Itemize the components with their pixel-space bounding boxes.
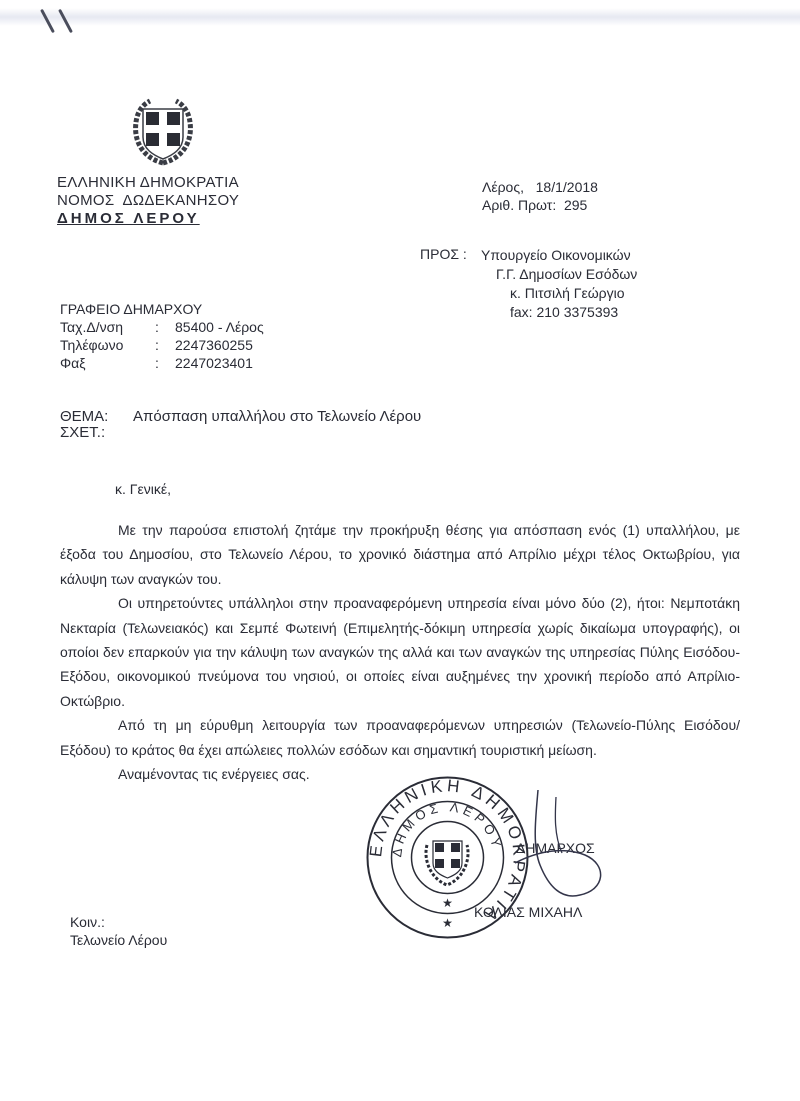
letterhead-municipality: ΔΗΜΟΣ ΛΕΡΟΥ xyxy=(57,210,239,228)
letterhead-country: ΕΛΛΗΝΙΚΗ ΔΗΜΟΚΡΑΤΙΑ xyxy=(57,174,239,192)
cc-block: Κοιν.: Τελωνείο Λέρου xyxy=(70,913,167,949)
subject-block: ΘΕΜΑ: Απόσπαση υπαλλήλου στο Τελωνείο Λέ… xyxy=(60,409,421,441)
letterhead-prefecture: ΝΟΜΟΣ ΔΩΔΕΚΑΝΗΣΟΥ xyxy=(57,192,239,210)
office-row-label: Φαξ xyxy=(60,354,155,372)
body-paragraph: Οι υπηρετούντες υπάλληλοι στην προαναφερ… xyxy=(60,591,740,713)
subject-value: Απόσπαση υπαλλήλου στο Τελωνείο Λέρου xyxy=(133,409,421,425)
letterhead: ΕΛΛΗΝΙΚΗ ΔΗΜΟΚΡΑΤΙΑ ΝΟΜΟΣ ΔΩΔΕΚΑΝΗΣΟΥ ΔΗ… xyxy=(57,174,239,228)
office-row-label: Ταχ.Δ/νση xyxy=(60,318,155,336)
protocol-number: Αριθ. Πρωτ: 295 xyxy=(482,196,598,214)
office-row-label: Τηλέφωνο xyxy=(60,336,155,354)
office-row: Φαξ : 2247023401 xyxy=(60,354,264,372)
colon: : xyxy=(155,336,175,354)
body-paragraph: Με την παρούσα επιστολή ζητάμε την προκή… xyxy=(60,518,740,591)
cc-recipient: Τελωνείο Λέρου xyxy=(70,931,167,949)
handwritten-signature xyxy=(510,785,620,915)
recipient-line: Γ.Γ. Δημοσίων Εσόδων xyxy=(496,265,637,284)
office-row-value: 2247360255 xyxy=(175,336,253,354)
recipient-line: Υπουργείο Οικονομικών xyxy=(481,246,631,265)
body-paragraph: Από τη μη εύρυθμη λειτουργία των προαναφ… xyxy=(60,713,740,762)
recipient-line: κ. Πιτσιλή Γεώργιο xyxy=(510,284,625,303)
subject-label: ΘΕΜΑ: xyxy=(60,409,133,425)
svg-text:★: ★ xyxy=(442,916,453,930)
date-block: Λέρος, 18/1/2018 Αριθ. Πρωτ: 295 xyxy=(482,178,598,214)
salutation: κ. Γενικέ, xyxy=(115,481,171,497)
reference-label: ΣΧΕΤ.: xyxy=(60,425,133,441)
office-title: ΓΡΑΦΕΙΟ ΔΗΜΑΡΧΟΥ xyxy=(60,300,264,318)
office-info: ΓΡΑΦΕΙΟ ΔΗΜΑΡΧΟΥ Ταχ.Δ/νση : 85400 - Λέρ… xyxy=(60,300,264,372)
colon: : xyxy=(155,318,175,336)
greek-coat-of-arms-icon xyxy=(128,97,198,167)
scan-artifact xyxy=(0,8,800,26)
office-row: Τηλέφωνο : 2247360255 xyxy=(60,336,264,354)
office-row-value: 2247023401 xyxy=(175,354,253,372)
office-row: Ταχ.Δ/νση : 85400 - Λέρος xyxy=(60,318,264,336)
place-date: Λέρος, 18/1/2018 xyxy=(482,178,598,196)
recipient-line: fax: 210 3375393 xyxy=(510,303,618,322)
recipient-label: ΠΡΟΣ : xyxy=(420,246,467,262)
colon: : xyxy=(155,354,175,372)
cc-label: Κοιν.: xyxy=(70,913,167,931)
office-row-value: 85400 - Λέρος xyxy=(175,318,264,336)
svg-text:★: ★ xyxy=(442,896,453,910)
letter-body: Με την παρούσα επιστολή ζητάμε την προκή… xyxy=(60,518,740,786)
